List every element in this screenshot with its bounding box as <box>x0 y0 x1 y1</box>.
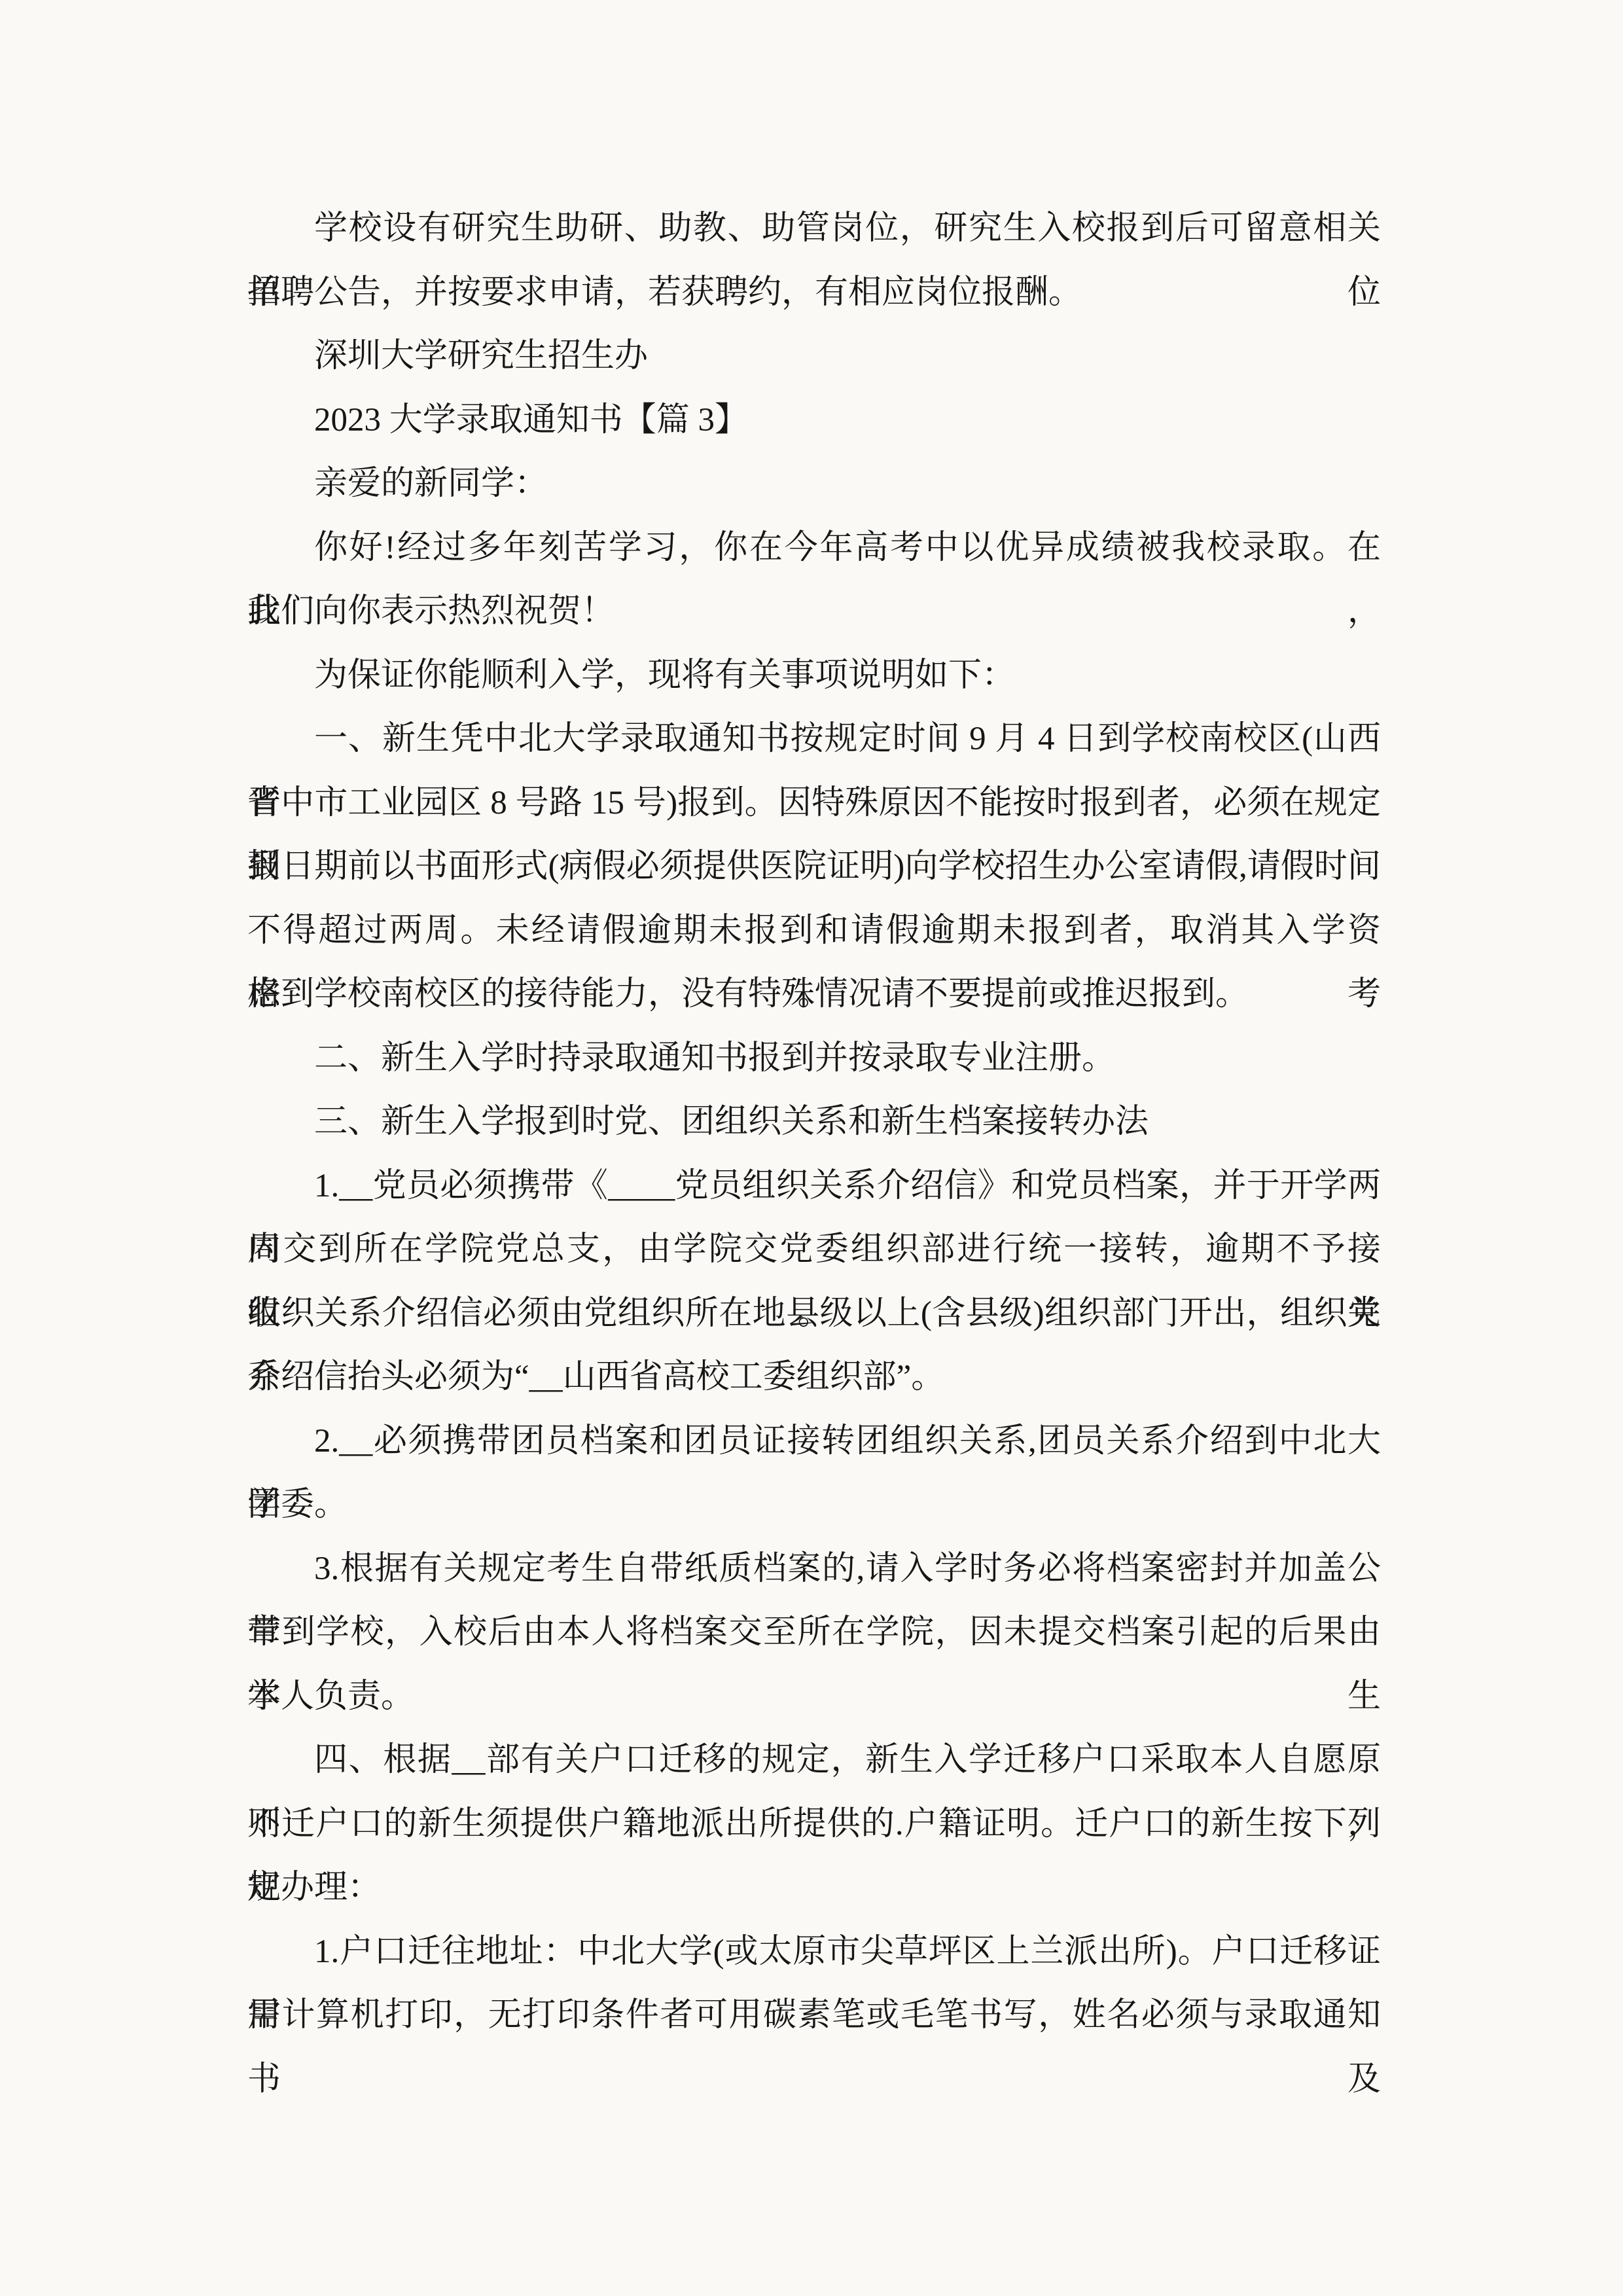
text-line-18: 组织关系介绍信必须由党组织所在地县级以上(含县级)组织部门开出，组织关系 <box>247 1282 1381 1346</box>
text-line-21: 团委。 <box>247 1473 1381 1537</box>
text-line-17: 内交到所在学院党总支，由学院交党委组织部进行统一接转，逾期不予接收。党 <box>247 1218 1381 1282</box>
text-line-6: 你好!经过多年刻苦学习，你在今年高考中以优异成绩被我校录取。在此， <box>247 516 1381 581</box>
text-line-27: 定办理： <box>247 1856 1381 1920</box>
text-line-3: 深圳大学研究生招生办 <box>247 325 1381 389</box>
text-line-11: 到日期前以书面形式(病假必须提供医院证明)向学校招生办公室请假,请假时间 <box>247 835 1381 899</box>
text-line-28: 1.户口迁往地址：中北大学(或太原市尖草坪区上兰派出所)。户口迁移证需 <box>247 1920 1381 1984</box>
text-line-14: 二、新生入学时持录取通知书报到并按录取专业注册。 <box>247 1027 1381 1091</box>
text-line-13: 虑到学校南校区的接待能力，没有特殊情况请不要提前或推迟报到。 <box>247 963 1381 1027</box>
text-line-19: 介绍信抬头必须为“__山西省高校工委组织部”。 <box>247 1346 1381 1410</box>
text-line-15: 三、新生入学报到时党、团组织关系和新生档案接转办法 <box>247 1090 1381 1155</box>
text-line-25: 四、根据__部有关户口迁移的规定，新生入学迁移户口采取本人自愿原则， <box>247 1729 1381 1793</box>
text-line-4: 2023 大学录取通知书【篇 3】 <box>247 389 1381 453</box>
text-line-29: 用计算机打印，无打印条件者可用碳素笔或毛笔书写，姓名必须与录取通知书及 <box>247 1984 1381 2048</box>
text-line-16: 1.__党员必须携带《____党员组织关系介绍信》和党员档案，并于开学两周 <box>247 1155 1381 1219</box>
text-line-20: 2.__必须携带团员档案和团员证接转团组织关系,团员关系介绍到中北大学 <box>247 1410 1381 1474</box>
text-line-5: 亲爱的新同学： <box>247 452 1381 516</box>
text-line-12: 不得超过两周。未经请假逾期未报到和请假逾期未报到者，取消其入学资格。考 <box>247 899 1381 963</box>
text-line-26: 不迁户口的新生须提供户籍地派出所提供的.户籍证明。迁户口的新生按下列规 <box>247 1793 1381 1857</box>
letter-text-block: 学校设有研究生助研、助教、助管岗位，研究生入校报到后可留意相关单位招聘公告，并按… <box>247 197 1381 2048</box>
text-line-9: 一、新生凭中北大学录取通知书按规定时间 9 月 4 日到学校南校区(山西省 <box>247 708 1381 772</box>
text-line-10: 晋中市工业园区 8 号路 15 号)报到。因特殊原因不能按时报到者，必须在规定报 <box>247 772 1381 836</box>
text-line-23: 带到学校，入校后由本人将档案交至所在学院，因未提交档案引起的后果由学生 <box>247 1601 1381 1665</box>
text-line-22: 3.根据有关规定考生自带纸质档案的,请入学时务必将档案密封并加盖公章 <box>247 1537 1381 1602</box>
text-line-8: 为保证你能顺利入学，现将有关事项说明如下： <box>247 644 1381 708</box>
scanned-document-page: 学校设有研究生助研、助教、助管岗位，研究生入校报到后可留意相关单位招聘公告，并按… <box>0 0 1623 2296</box>
text-line-1: 学校设有研究生助研、助教、助管岗位，研究生入校报到后可留意相关单位 <box>247 197 1381 261</box>
